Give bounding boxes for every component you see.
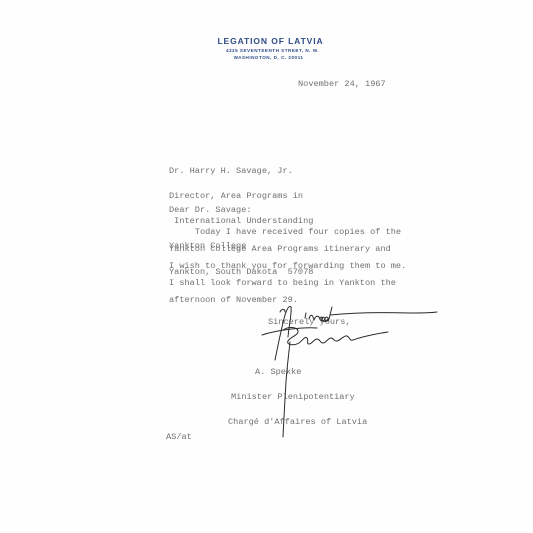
- body-line: I wish to thank you for forwarding them …: [169, 262, 406, 271]
- signer-name: A. Spekke: [231, 368, 367, 376]
- signature-block: A. Spekke Minister Plenipotentiary Charg…: [231, 351, 367, 443]
- letter-date: November 24, 1967: [298, 80, 386, 89]
- letter-page: LEGATION OF LATVIA 4325 SEVENTEENTH STRE…: [0, 0, 533, 533]
- letterhead-organization: LEGATION OF LATVIA: [4, 36, 533, 46]
- recipient-line: Dr. Harry H. Savage, Jr.: [169, 167, 313, 175]
- recipient-line: International Understanding: [169, 217, 313, 225]
- recipient-address: Dr. Harry H. Savage, Jr. Director, Area …: [169, 150, 313, 293]
- signer-office: Chargé d'Affaires of Latvia: [228, 418, 367, 426]
- body-line: Today I have received four copies of the: [169, 228, 401, 237]
- letterhead-city: WASHINGTON, D. C. 20011: [2, 55, 533, 60]
- letterhead-street: 4325 SEVENTEENTH STREET, N. W.: [6, 48, 533, 53]
- closing: Sincerely yours,: [268, 318, 351, 327]
- salutation: Dear Dr. Savage:: [169, 206, 252, 215]
- reference-initials: AS/at: [166, 433, 192, 442]
- body-line: Yankton College Area Programs itinerary …: [169, 245, 391, 254]
- body-line: I shall look forward to being in Yankton…: [169, 279, 396, 288]
- recipient-line: Director, Area Programs in: [169, 192, 313, 200]
- signer-title: Minister Plenipotentiary: [231, 393, 367, 401]
- body-line: afternoon of November 29.: [169, 296, 298, 305]
